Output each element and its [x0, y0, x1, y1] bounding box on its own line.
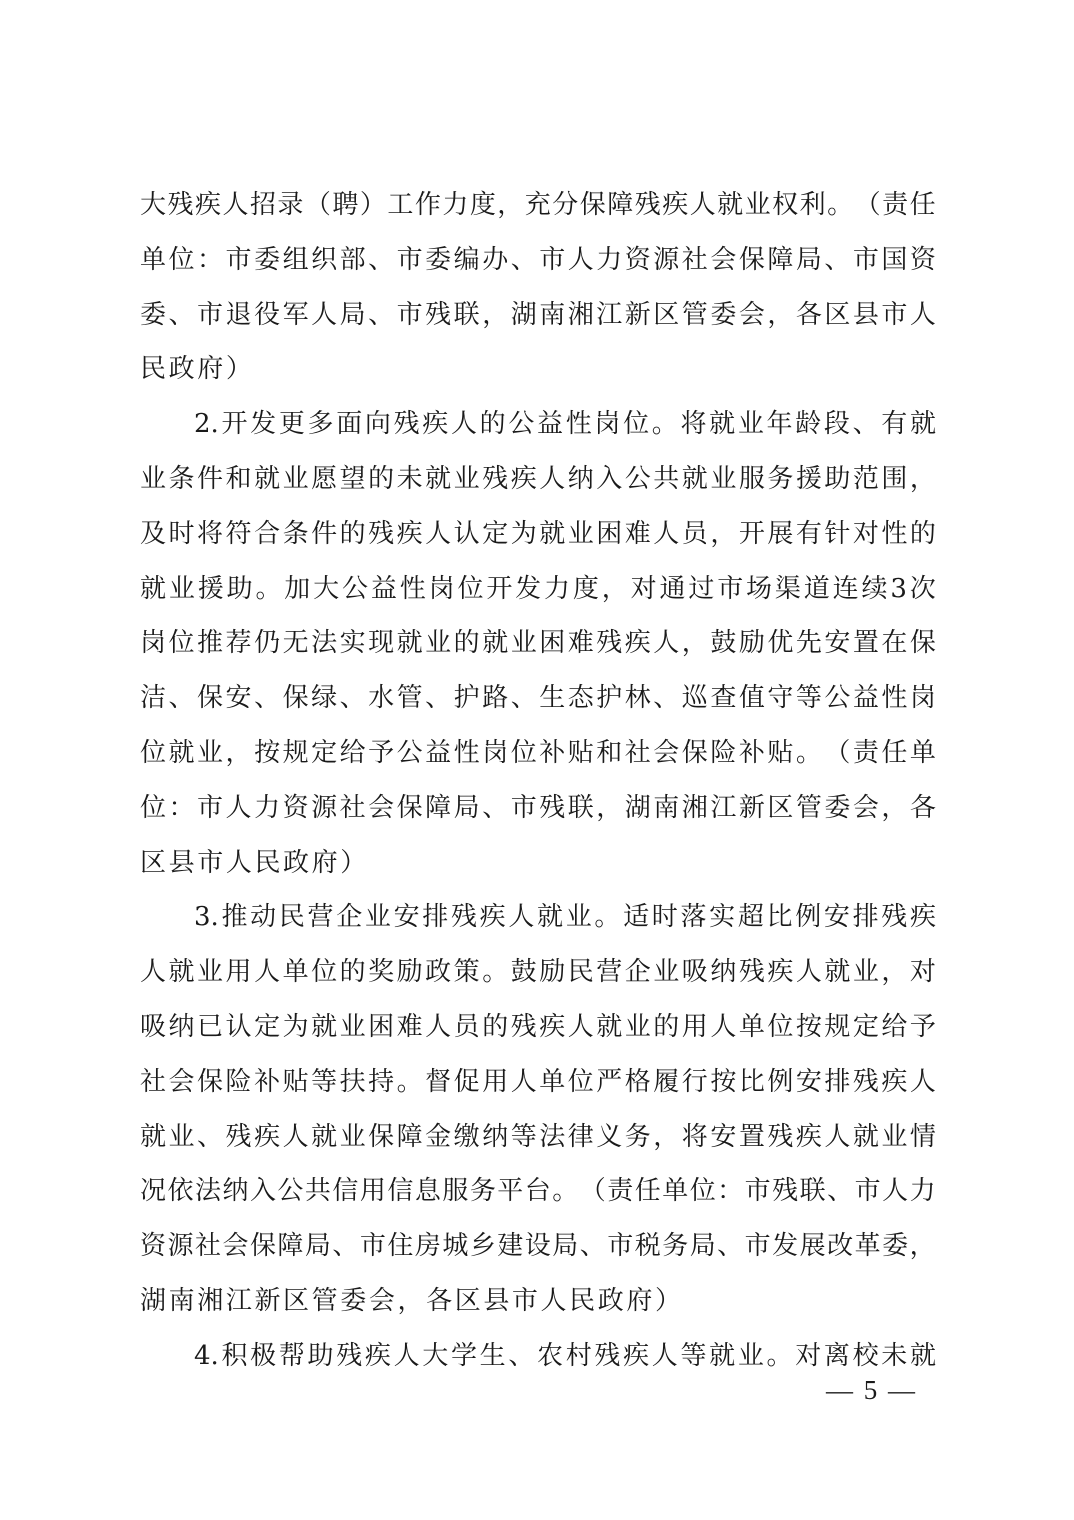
text-line: 区县市人民政府）	[140, 836, 936, 891]
text-line: 民政府）	[140, 342, 936, 397]
text-line: 2.开发更多面向残疾人的公益性岗位。将就业年龄段、有就	[140, 397, 936, 452]
text-line: 社会保险补贴等扶持。督促用人单位严格履行按比例安排残疾人	[140, 1055, 936, 1110]
text-line: 位：市人力资源社会保障局、市残联，湖南湘江新区管委会，各	[140, 781, 936, 836]
document-page: 大残疾人招录（聘）工作力度，充分保障残疾人就业权利。（责任 单位：市委组织部、市…	[0, 0, 1074, 1520]
text-line: 单位：市委组织部、市委编办、市人力资源社会保障局、市国资	[140, 233, 936, 288]
text-line: 湖南湘江新区管委会，各区县市人民政府）	[140, 1274, 936, 1329]
text-line: 3.推动民营企业安排残疾人就业。适时落实超比例安排残疾	[140, 890, 936, 945]
text-line: 位就业，按规定给予公益性岗位补贴和社会保险补贴。（责任单	[140, 726, 936, 781]
text-line: 就业援助。加大公益性岗位开发力度，对通过市场渠道连续3次	[140, 562, 936, 617]
text-line: 人就业用人单位的奖励政策。鼓励民营企业吸纳残疾人就业，对	[140, 945, 936, 1000]
page-number: — 5 —	[826, 1375, 917, 1406]
text-line: 资源社会保障局、市住房城乡建设局、市税务局、市发展改革委，	[140, 1219, 936, 1274]
text-line: 及时将符合条件的残疾人认定为就业困难人员，开展有针对性的	[140, 507, 936, 562]
text-line: 况依法纳入公共信用信息服务平台。（责任单位：市残联、市人力	[140, 1164, 936, 1219]
text-line: 业条件和就业愿望的未就业残疾人纳入公共就业服务援助范围，	[140, 452, 936, 507]
text-line: 就业、残疾人就业保障金缴纳等法律义务，将安置残疾人就业情	[140, 1110, 936, 1165]
text-line: 委、市退役军人局、市残联，湖南湘江新区管委会，各区县市人	[140, 288, 936, 343]
body-text: 大残疾人招录（聘）工作力度，充分保障残疾人就业权利。（责任 单位：市委组织部、市…	[140, 178, 936, 1384]
text-line: 4.积极帮助残疾人大学生、农村残疾人等就业。对离校未就	[140, 1329, 936, 1384]
text-line: 岗位推荐仍无法实现就业的就业困难残疾人，鼓励优先安置在保	[140, 616, 936, 671]
text-line: 洁、保安、保绿、水管、护路、生态护林、巡查值守等公益性岗	[140, 671, 936, 726]
text-line: 吸纳已认定为就业困难人员的残疾人就业的用人单位按规定给予	[140, 1000, 936, 1055]
text-line: 大残疾人招录（聘）工作力度，充分保障残疾人就业权利。（责任	[140, 178, 936, 233]
